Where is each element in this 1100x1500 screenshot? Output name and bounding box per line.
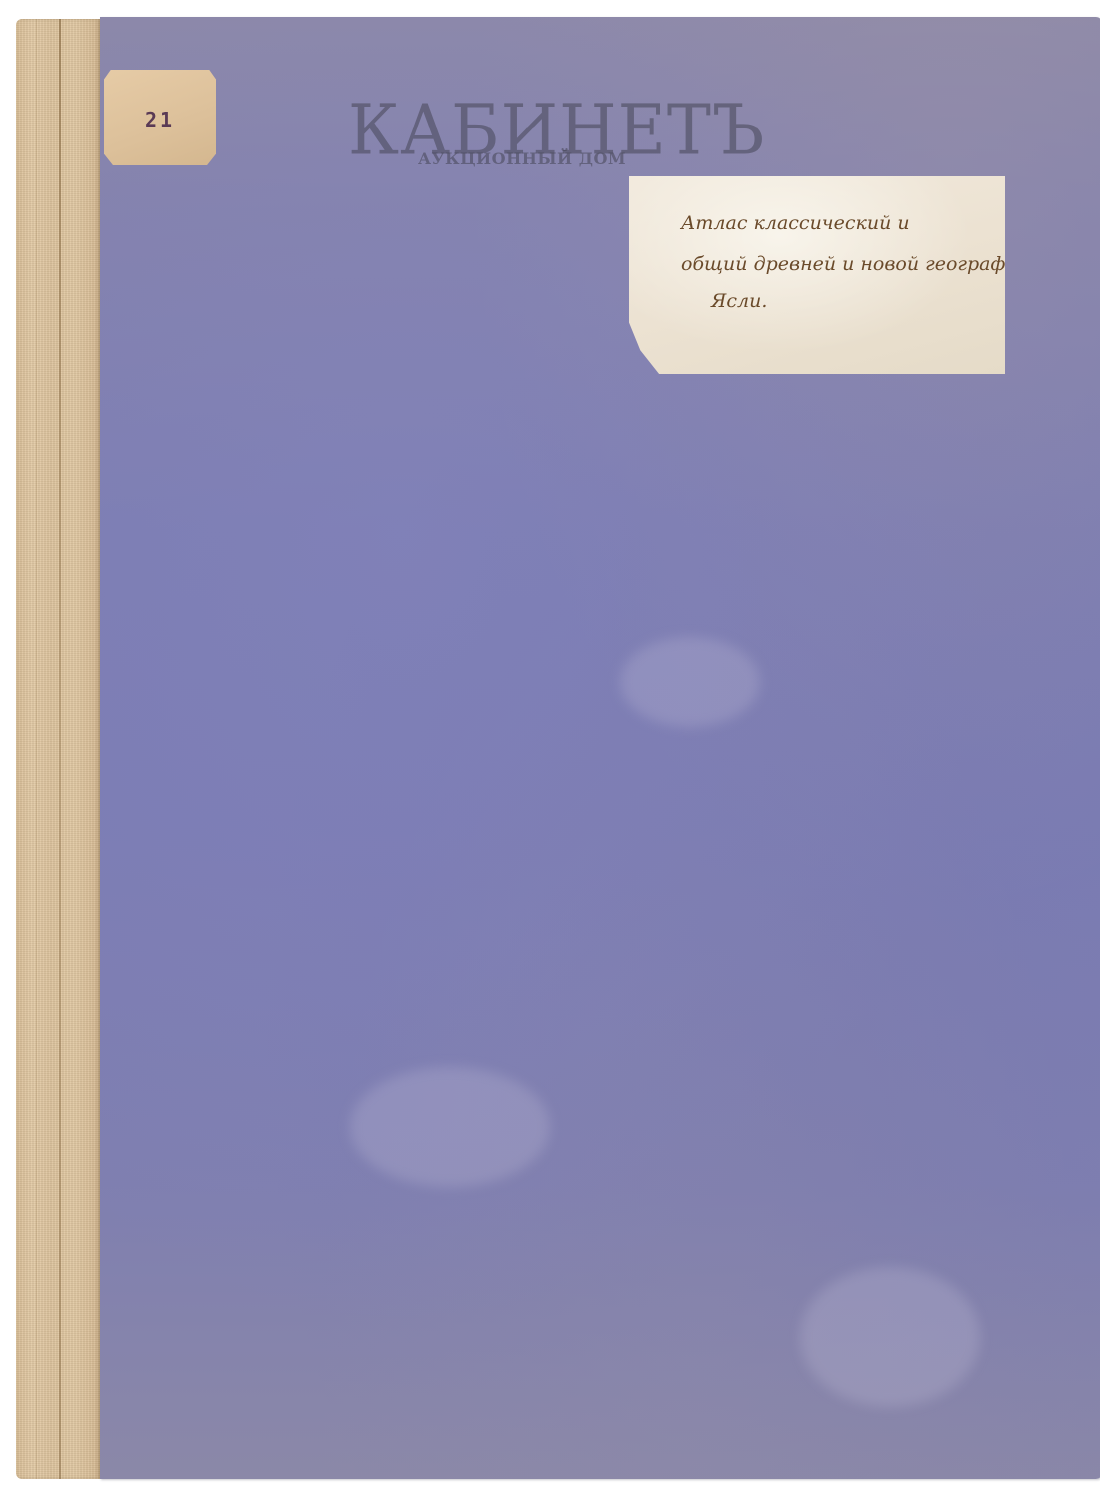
spine-crease — [36, 19, 37, 1479]
cover-wear-mark — [800, 1267, 980, 1407]
cover-wear-mark — [350, 1067, 550, 1187]
cover-wear-mark — [620, 637, 760, 727]
title-line: Ясли. — [711, 290, 767, 312]
shelf-number-label: 21 — [104, 70, 216, 165]
title-line: Атлас классический и — [681, 212, 910, 234]
title-line: общий древней и новой географии. — [681, 253, 1036, 275]
shelf-number: 21 — [104, 108, 216, 132]
cloth-spine — [16, 19, 100, 1479]
spine-crease — [59, 19, 61, 1479]
handwritten-title-label: Атлас классический и общий древней и нов… — [629, 176, 1005, 374]
